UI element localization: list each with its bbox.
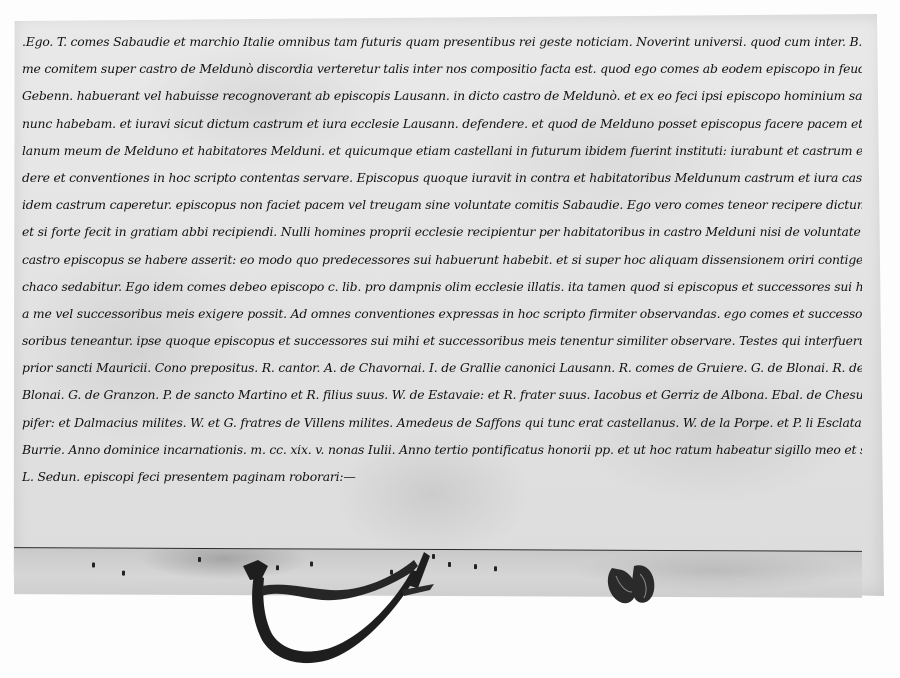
punch-hole: [474, 564, 477, 569]
charter-line-7: idem castrum caperetur. episcopus non fa…: [22, 191, 862, 218]
charter-line-11: a me vel successoribus meis exigere poss…: [22, 300, 862, 327]
charter-line-17: L. Sedun. episcopi feci presentem pagina…: [22, 463, 862, 490]
charter-line-13: prior sancti Mauricii. Cono prepositus. …: [22, 354, 862, 381]
punch-hole: [432, 554, 435, 559]
document-scan: .Ego. T. comes Sabaudie et marchio Itali…: [0, 0, 900, 678]
punch-hole: [448, 562, 451, 567]
charter-line-6: dere et conventiones in hoc scripto cont…: [22, 164, 862, 191]
charter-line-8: et si forte fecit in gratiam abbi recipi…: [22, 218, 862, 245]
punch-hole: [310, 561, 313, 566]
parchment-fold-plica: [14, 547, 862, 598]
charter-line-3: Gebenn. habuerant vel habuisse recognove…: [22, 82, 862, 109]
charter-line-9: castro episcopus se habere asserit: eo m…: [22, 246, 862, 273]
punch-hole: [276, 565, 279, 570]
punch-hole: [494, 566, 497, 571]
charter-line-16: Burrie. Anno dominice incarnationis. m. …: [22, 436, 862, 463]
charter-line-12: soribus teneantur. ipse quoque episcopus…: [22, 327, 862, 354]
charter-line-5: lanum meum de Melduno et habitatores Mel…: [22, 137, 862, 164]
charter-line-2: me comitem super castro de Meldunò disco…: [22, 55, 862, 82]
punch-hole: [92, 562, 95, 567]
charter-line-14: Blonai. G. de Granzon. P. de sancto Mart…: [22, 381, 862, 408]
charter-text: .Ego. T. comes Sabaudie et marchio Itali…: [22, 28, 862, 490]
charter-line-10: chaco sedabitur. Ego idem comes debeo ep…: [22, 273, 862, 300]
charter-line-4: nunc habebam. et iuravi sicut dictum cas…: [22, 110, 862, 137]
charter-line-15: pifer: et Dalmacius milites. W. et G. fr…: [22, 409, 862, 436]
punch-hole: [122, 571, 125, 576]
punch-hole: [390, 570, 393, 575]
punch-hole: [198, 557, 201, 562]
charter-line-1: .Ego. T. comes Sabaudie et marchio Itali…: [22, 28, 862, 55]
